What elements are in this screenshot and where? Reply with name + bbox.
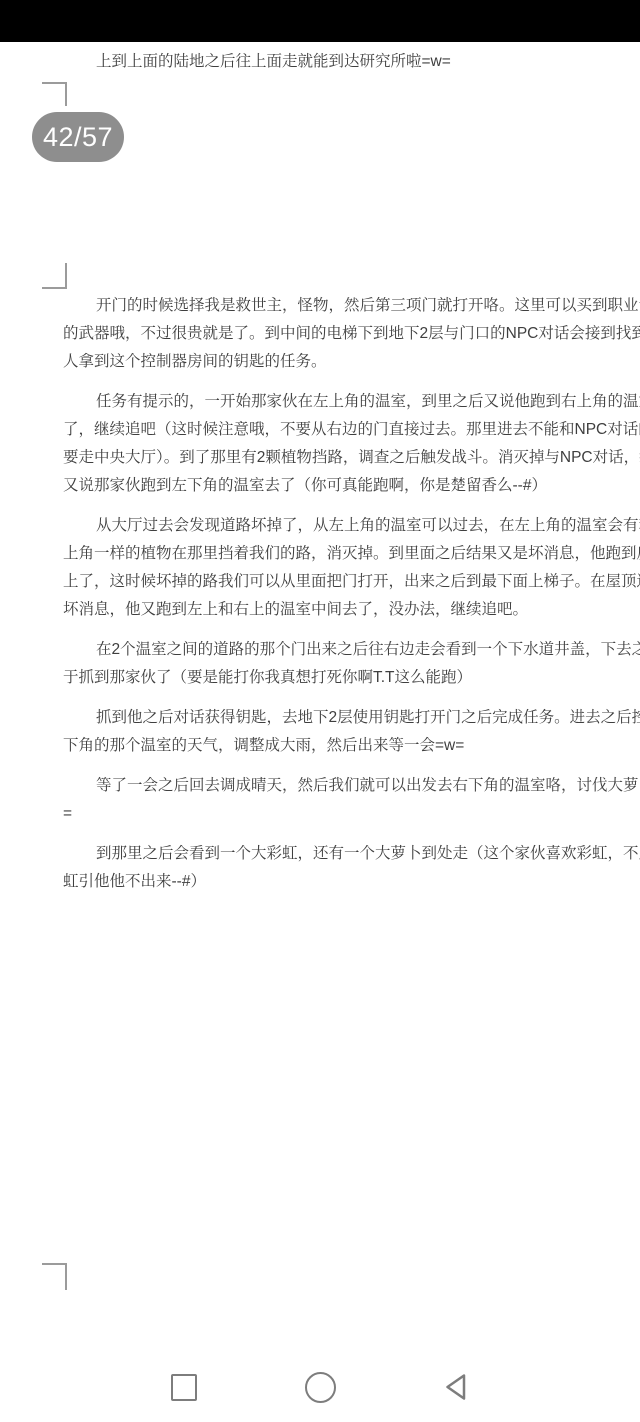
reader-screen: 上到上面的陆地之后往上面走就能到达研究所啦=w= 42/57 开门的时候选择我是… — [0, 0, 640, 1422]
home-icon — [305, 1372, 336, 1403]
prev-page-last-line: 上到上面的陆地之后往上面走就能到达研究所啦=w= — [63, 48, 640, 76]
back-icon — [441, 1371, 471, 1403]
page-corner-mark-bottom-left — [42, 82, 67, 106]
document-page[interactable]: 开门的时候选择我是救世主，怪物，然后第三项门就打开咯。这里可以买到职业专用 的武… — [63, 292, 640, 908]
paragraph: 在2个温室之间的道路的那个门出来之后往右边走会看到一个下水道井盖，下去之后终 于… — [63, 636, 640, 692]
paragraph: 从大厅过去会发现道路坏掉了，从左上角的温室可以过去，在左上角的温室会有和右 上角… — [63, 512, 640, 624]
paragraph: 抓到他之后对话获得钥匙，去地下2层使用钥匙打开门之后完成任务。进去之后控制右 下… — [63, 704, 640, 760]
paragraph: 等了一会之后回去调成晴天，然后我们就可以出发去右下角的温室咯，讨伐大萝卜=w = — [63, 772, 640, 828]
paragraph: 到那里之后会看到一个大彩虹，还有一个大萝卜到处走（这个家伙喜欢彩虹，不用彩 虹引… — [63, 840, 640, 896]
status-bar — [0, 0, 640, 42]
home-button[interactable] — [252, 1357, 388, 1417]
paragraph: 开门的时候选择我是救世主，怪物，然后第三项门就打开咯。这里可以买到职业专用 的武… — [63, 292, 640, 376]
recents-icon — [171, 1374, 197, 1401]
page-corner-mark-bottom-left-2 — [42, 1263, 67, 1290]
page-corner-mark-top-left — [42, 263, 67, 289]
recents-button[interactable] — [116, 1357, 252, 1417]
page-indicator-badge: 42/57 — [32, 112, 124, 162]
paragraph: 任务有提示的，一开始那家伙在左上角的温室，到里之后又说他跑到右上角的温室去 了，… — [63, 388, 640, 500]
back-button[interactable] — [388, 1357, 524, 1417]
android-nav-bar — [0, 1352, 640, 1422]
